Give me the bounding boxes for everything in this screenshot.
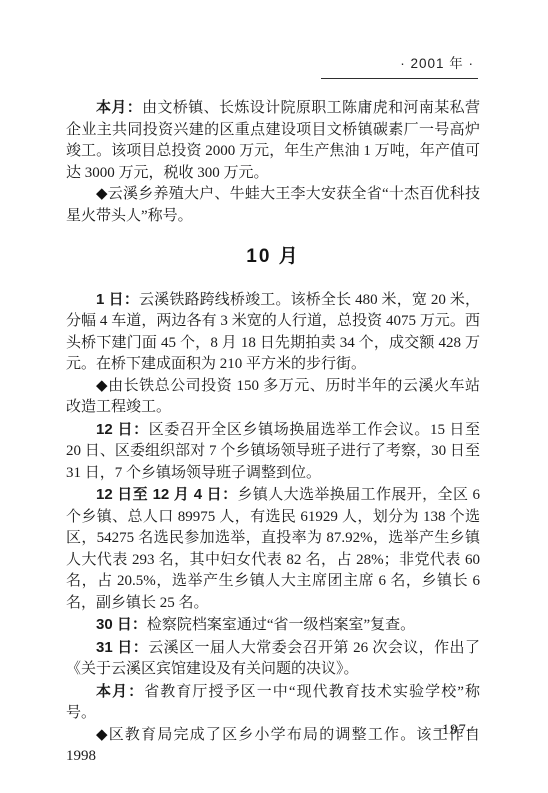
date-label: 12 日：: [96, 421, 149, 438]
paragraph-text: 区教育局完成了区乡小学布局的调整工作。该工作自 1998: [66, 727, 480, 765]
paragraph: ◆由长铁总公司投资 150 多万元、历时半年的云溪火车站改造工程竣工。: [66, 376, 480, 419]
paragraph: 30 日：检察院档案室通过“省一级档案室”复查。: [66, 614, 480, 637]
date-label: 本月：: [96, 99, 142, 116]
paragraph-text: 乡镇人大选举换届工作展开，全区 6 个乡镇、总人口 89975 人，有选民 61…: [66, 487, 480, 611]
date-label: 1 日：: [96, 291, 139, 308]
page-content: 本月：由文桥镇、长炼设计院原职工陈庸虎和河南某私营企业主共同投资兴建的区重点建设…: [66, 97, 480, 768]
paragraph: ◆云溪乡养殖大户、牛蛙大王李大安获全省“十杰百优科技星火带头人”称号。: [66, 184, 480, 227]
year-label: · 2001 年 ·: [400, 56, 474, 71]
date-label: 30 日：: [96, 616, 147, 633]
date-label: 31 日：: [96, 639, 148, 656]
month-heading: 10 月: [66, 246, 480, 268]
paragraph: 12 日：区委召开全区乡镇场换届选举工作会议。15 日至 20 日、区委组织部对…: [66, 419, 480, 485]
running-head-rule: · 2001 年 ·: [321, 52, 478, 79]
date-label: 本月：: [96, 683, 144, 700]
paragraph: ◆区教育局完成了区乡小学布局的调整工作。该工作自 1998: [66, 725, 480, 768]
paragraph-text: 由长铁总公司投资 150 多万元、历时半年的云溪火车站改造工程竣工。: [66, 378, 480, 416]
diamond-bullet-icon: ◆: [96, 727, 109, 743]
paragraph-text: 云溪乡养殖大户、牛蛙大王李大安获全省“十杰百优科技星火带头人”称号。: [66, 186, 480, 224]
paragraph: 本月：由文桥镇、长炼设计院原职工陈庸虎和河南某私营企业主共同投资兴建的区重点建设…: [66, 97, 480, 184]
paragraph: 1 日：云溪铁路跨线桥竣工。该桥全长 480 米，宽 20 米，分幅 4 车道，…: [66, 289, 480, 376]
date-label: 12 日至 12 月 4 日：: [96, 486, 237, 503]
diamond-bullet-icon: ◆: [96, 378, 108, 394]
paragraph: 12 日至 12 月 4 日：乡镇人大选举换届工作展开，全区 6 个乡镇、总人口…: [66, 484, 480, 614]
paragraph: 本月：省教育厅授予区一中“现代教育技术实验学校”称号。: [66, 681, 480, 725]
page-number: –197–: [434, 722, 475, 739]
paragraph: 31 日：云溪区一届人大常委会召开第 26 次会议，作出了《关于云溪区宾馆建设及…: [66, 637, 480, 681]
book-page: · 2001 年 · 本月：由文桥镇、长炼设计院原职工陈庸虎和河南某私营企业主共…: [0, 0, 548, 793]
running-head: · 2001 年 ·: [321, 52, 478, 79]
diamond-bullet-icon: ◆: [96, 186, 108, 202]
paragraph-text: 检察院档案室通过“省一级档案室”复查。: [147, 617, 415, 633]
